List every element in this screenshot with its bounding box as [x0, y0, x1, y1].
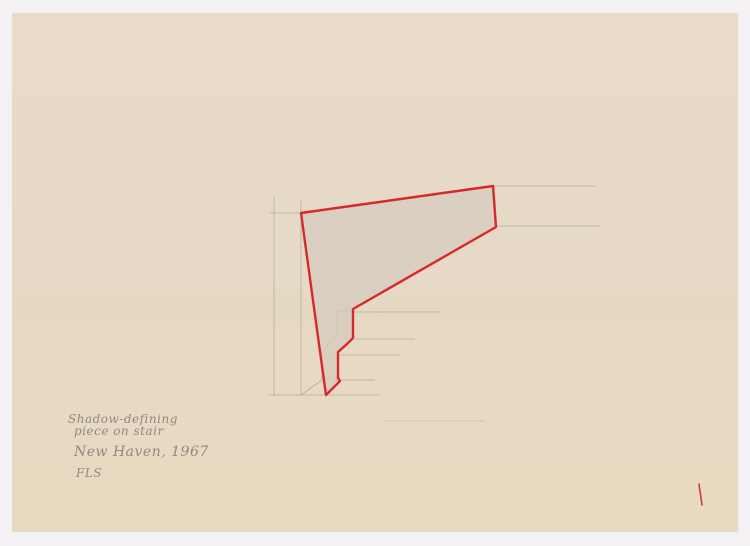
red-corner-mark	[699, 484, 702, 505]
annotation-initials: FLS	[76, 466, 102, 480]
annotation-line-3: New Haven, 1967	[74, 444, 209, 460]
annotation-line-2: piece on stair	[74, 424, 164, 438]
stair-shadow-drawing	[0, 0, 750, 546]
shadow-shading	[301, 186, 496, 395]
